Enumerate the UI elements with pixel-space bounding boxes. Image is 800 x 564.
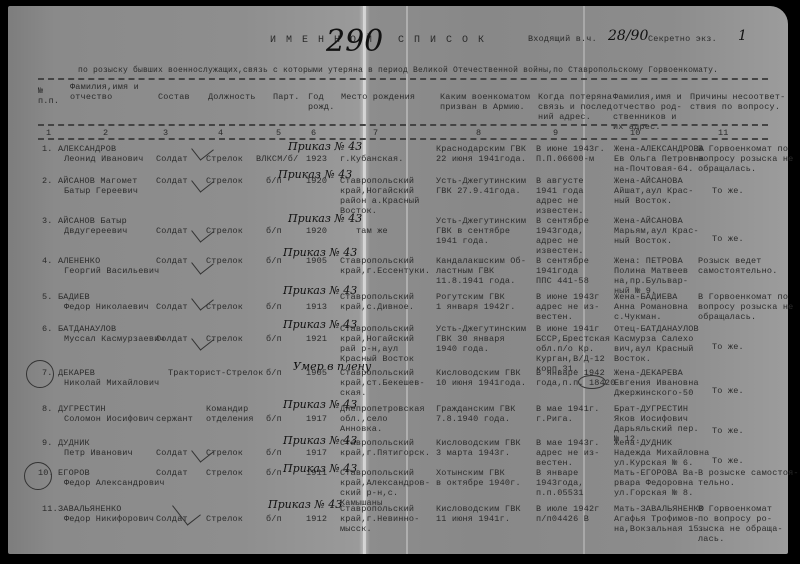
row-lost: В сентябре 1943года, адрес не известен. <box>536 216 589 256</box>
row-post: Стрелок <box>206 468 243 478</box>
row-number: 5. <box>42 292 53 302</box>
checkmark-icon <box>191 328 214 350</box>
col-header-birthplace: Место рождения <box>341 92 415 102</box>
row-party: б/п <box>266 414 282 424</box>
row-surname: АЙСАНОВ Магомет <box>58 176 138 186</box>
row-relatives: Жена-ДЕКАРЕВА Евгения Ивановна Джержинск… <box>614 368 699 398</box>
row-surname: АЛЕКСАНДРОВ <box>58 144 116 154</box>
row-handwritten-note: Приказ № 43 <box>283 318 357 331</box>
row-surname: ЕГОРОВ <box>58 468 90 478</box>
col-num: 7 <box>373 128 378 138</box>
header-rule <box>38 78 768 80</box>
row-given-name: Соломон Иосифович <box>64 414 154 424</box>
col-num: 6 <box>311 128 316 138</box>
col-num: 11 <box>718 128 729 138</box>
row-relatives: Жена-БАДИЕВА Анна Романовна с.Чукман. <box>614 292 688 322</box>
row-relatives: Мать-ЗАВАЛЬЯНЕНКО Агафья Трофимов- на,Во… <box>614 504 704 534</box>
row-given-name: Николай Михайлович <box>64 378 159 388</box>
row-birthplace: г.Кубанская. <box>340 154 404 164</box>
row-handwritten-note: Приказ № 43 <box>283 246 357 259</box>
row-surname: ЗАВАЛЬЯНЕНКО <box>58 504 122 514</box>
row-rank: Солдат <box>156 154 188 164</box>
col-header-drafted: Каким военкоматом призван в Армию. <box>440 92 530 112</box>
col-num: 2 <box>103 128 108 138</box>
row-party: б/п <box>266 334 282 344</box>
row-reason: В Горвоенкомат по вопросу розыска не обр… <box>698 292 793 322</box>
row-year: 1920 <box>306 226 327 236</box>
row-party: б/п <box>266 448 282 458</box>
col-num: 4 <box>218 128 223 138</box>
row-handwritten-note: Приказ № 43 <box>283 434 357 447</box>
row-surname: ДЕКАРЕВ <box>58 368 95 378</box>
row-surname: БАТДАНАУЛОВ <box>58 324 116 334</box>
col-header-year: Год рожд. <box>308 92 335 112</box>
row-party: ВЛКСМ/б/ <box>256 154 298 164</box>
row-lost: В мае 1941г. г.Рига. <box>536 404 600 424</box>
col-header-reason: Причины несоответ- ствия по вопросу. <box>690 92 785 112</box>
row-drafted: Кисловодским ГВК 11 июня 1941г. <box>436 504 521 524</box>
row-birthplace: Ставропольский край,г.Невинно- мысск. <box>340 504 420 534</box>
row-drafted: Кандалакшским Об- ластным ГВК 11.8.1941 … <box>436 256 526 286</box>
row-birthplace: Ставропольский край,г.Ессентуки. <box>340 256 430 276</box>
col-header-lost: Когда потеряна связь и послед ний адрес. <box>538 92 612 122</box>
body-rule <box>38 138 768 140</box>
row-reason: В Горвоенкомат по вопросу ро- зыска не о… <box>698 504 783 544</box>
row-handwritten-note: Приказ № 43 <box>288 140 362 153</box>
row-lost: В июне 1943г. П.П.06600-м <box>536 144 605 164</box>
row-post: Стрелок <box>206 302 243 312</box>
incoming-label: Входящий в.ч. <box>528 34 597 44</box>
row-lost: В сентябре 1941года ППС 441-58 <box>536 256 589 286</box>
row-post: Стрелок <box>206 514 243 524</box>
row-handwritten-note: Приказ № 43 <box>288 212 362 225</box>
col-header-post: Должность <box>208 92 256 102</box>
col-header-num: № п.п. <box>38 86 59 106</box>
row-handwritten-note: Приказ № 43 <box>268 498 342 511</box>
row-handwritten-note: Приказ № 43 <box>283 398 357 411</box>
row-birthplace: там же <box>356 226 388 236</box>
row-number: 2. <box>42 176 53 186</box>
circle-mark-icon <box>578 375 606 389</box>
row-drafted: Кисловодским ГВК 3 марта 1943г. <box>436 438 521 458</box>
row-relatives: Жена-АЛЕКСАНДРОВА Ев Ольга Петровна на-П… <box>614 144 704 174</box>
row-year: 1917 <box>306 448 327 458</box>
row-drafted: Кисловодским ГВК 10 июня 1941года. <box>436 368 526 388</box>
col-header-name: Фамилия,имя и отчество <box>70 82 139 102</box>
secret-label: Секретно экз. <box>648 34 717 44</box>
row-rank: Солдат <box>156 256 188 266</box>
row-given-name: Леонид Иванович <box>64 154 144 164</box>
row-given-name: Двдугереевич <box>64 226 128 236</box>
col-header-rank: Состав <box>158 92 190 102</box>
checkmark-icon <box>191 170 214 192</box>
row-relatives: Мать-ЕГОРОВА Ва- рвара Федоровна ул.Горс… <box>614 468 699 498</box>
row-rank: Солдат <box>156 334 188 344</box>
row-rank: Солдат <box>156 176 188 186</box>
row-number: 9. <box>42 438 53 448</box>
row-post: Стрелок <box>206 154 243 164</box>
checkmark-icon <box>191 440 214 462</box>
col-num: 8 <box>476 128 481 138</box>
incoming-number: 28/90 <box>608 28 648 44</box>
row-reason: То же. <box>712 342 744 352</box>
row-rank: сержант <box>156 414 193 424</box>
row-rank: Солдат <box>156 468 188 478</box>
row-lost: В июле 1942г п/п04426 В <box>536 504 600 524</box>
row-handwritten-note: Приказ № 43 <box>278 168 352 181</box>
row-post: Командир отделения <box>206 404 254 424</box>
row-handwritten-note: Приказ № 43 <box>283 462 357 475</box>
row-reason: В Горвоенкомат по вопросу розыска не обр… <box>698 144 793 174</box>
row-surname: АЛЕНЕНКО <box>58 256 100 266</box>
row-party: б/п <box>266 368 282 378</box>
row-drafted: Рогутским ГВК 1 января 1942г. <box>436 292 516 312</box>
row-number: 7. <box>42 368 53 378</box>
row-reason: То же. <box>712 456 744 466</box>
row-number: 4. <box>42 256 53 266</box>
row-surname: АЙСАНОВ Батыр <box>58 216 127 226</box>
row-lost: В августе 1941 года адрес не известен. <box>536 176 584 216</box>
row-drafted: Усть-Джегутинским ГВК 27.9.41года. <box>436 176 526 196</box>
col-num: 1 <box>46 128 51 138</box>
row-reason: То же. <box>712 186 744 196</box>
row-given-name: Петр Иванович <box>64 448 133 458</box>
row-given-name: Федор Никифорович <box>64 514 154 524</box>
row-given-name: Георгий Васильевич <box>64 266 159 276</box>
row-handwritten-note: Приказ № 43 <box>283 284 357 297</box>
row-reason: То же. <box>712 234 744 244</box>
row-party: б/п <box>266 226 282 236</box>
row-number: 8. <box>42 404 53 414</box>
row-relatives: Жена: ПЕТРОВА Полина Матвеев на,пр.Бульв… <box>614 256 688 296</box>
row-number: 1. <box>42 144 53 154</box>
row-birthplace: Ставропольский край,Ногайский район а.Кр… <box>340 176 420 216</box>
row-party: б/п <box>266 514 282 524</box>
row-rank: Солдат <box>156 302 188 312</box>
row-drafted: Гражданским ГВК 7.8.1940 года. <box>436 404 516 424</box>
row-party: б/п <box>266 302 282 312</box>
row-handwritten-note: Умер в плену <box>293 360 371 373</box>
row-given-name: Федор Николаевич <box>64 302 149 312</box>
archival-document-page: И М Е Н Н О Й С П И С О К 290 Входящий в… <box>8 6 788 554</box>
row-party: б/п <box>266 468 282 478</box>
col-num: 10 <box>630 128 641 138</box>
row-relatives: Жена-АЙСАНОВА Айшат,аул Крас- ный Восток… <box>614 176 694 206</box>
col-num: 9 <box>553 128 558 138</box>
row-drafted: Усть-Джегутинским ГВК в сентябре 1941 го… <box>436 216 526 246</box>
handwritten-number: 290 <box>326 24 383 59</box>
row-rank: Солдат <box>156 226 188 236</box>
row-lost: В январе 1943года, п.п.05531 <box>536 468 584 498</box>
col-num: 5 <box>276 128 281 138</box>
row-number: 6. <box>42 324 53 334</box>
row-relatives: Отец-БАТДАНАУЛОВ Касмурза Салехо вич,аул… <box>614 324 699 364</box>
row-lost: В мае 1943г. адрес не из- вестен. <box>536 438 600 468</box>
row-surname: ДУДНИК <box>58 438 90 448</box>
row-year: 1913 <box>306 302 327 312</box>
row-drafted: Усть-Джегутинским ГВК 30 января 1940 год… <box>436 324 526 354</box>
row-year: 1923 <box>306 154 327 164</box>
document-subtitle: по розыску бывших военнослужащих,связь с… <box>78 66 718 76</box>
row-reason: В розыске самостоя- тельно. <box>698 468 799 488</box>
row-given-name: Федор Александрович <box>64 478 165 488</box>
row-year: 1917 <box>306 414 327 424</box>
row-surname: ДУГРЕСТИН <box>58 404 106 414</box>
row-drafted: Краснодарским ГВК 22 июня 1941года. <box>436 144 526 164</box>
col-header-relatives: Фамилия,имя и отчество род- ственников и… <box>613 92 682 132</box>
row-number: 10. <box>38 468 54 478</box>
row-number: 11. <box>42 504 58 514</box>
copy-number: 1 <box>738 28 747 44</box>
col-header-party: Парт. <box>273 92 300 102</box>
row-given-name: Муссал Касмурзаевич <box>64 334 165 344</box>
row-relatives: Жена-АЙСАНОВА Марьям,аул Крас- ный Восто… <box>614 216 699 246</box>
checkmark-icon <box>191 220 214 242</box>
row-lost: В июне 1941г БССР,Брестская обл.п/о Кр. … <box>536 324 610 374</box>
col-num: 3 <box>163 128 168 138</box>
row-reason: То же. <box>712 426 744 436</box>
row-post: Тракторист-Стрелок <box>168 368 263 378</box>
row-surname: БАДИЕВ <box>58 292 90 302</box>
columns-rule <box>38 124 768 126</box>
row-drafted: Хотынским ГВК в октябре 1940г. <box>436 468 521 488</box>
row-relatives: Жена-ДУДНИК Надежда Михайловна ул.Курска… <box>614 438 709 468</box>
row-reason: То же. <box>712 386 744 396</box>
row-lost: В июне 1943г адрес не из- вестен. <box>536 292 600 322</box>
row-given-name: Батыр Гереевич <box>64 186 138 196</box>
row-party: б/п <box>266 256 282 266</box>
row-reason: Розыск ведет самостоятельно. <box>698 256 778 276</box>
row-number: 3. <box>42 216 53 226</box>
row-year: 1912 <box>306 514 327 524</box>
row-year: 1921 <box>306 334 327 344</box>
row-rank: Солдат <box>156 448 188 458</box>
